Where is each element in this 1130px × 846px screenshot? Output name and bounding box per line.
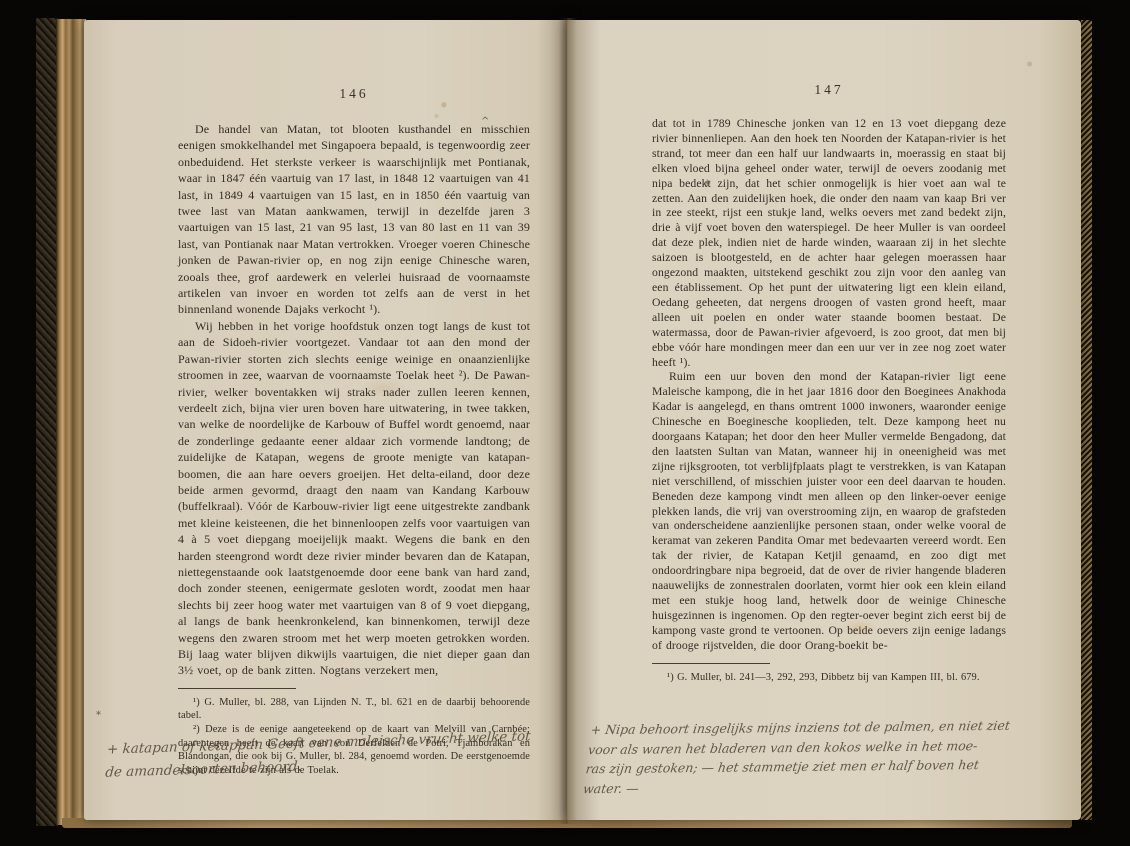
left-page-text: 146 De handel van Matan, tot blooten kus… (178, 86, 530, 777)
open-book: 146 De handel van Matan, tot blooten kus… (36, 16, 1092, 828)
footnote-rule (652, 663, 770, 664)
page-number: 147 (652, 82, 1006, 98)
page-edges-stack-left (56, 19, 86, 825)
paragraph: De handel van Matan, tot blooten kusthan… (178, 121, 530, 318)
book-cover-edge-left (36, 18, 58, 826)
handwritten-note: + Nipa behoort insgelijks mijns inziens … (582, 716, 1011, 798)
handwritten-note-line: ras zijn gestoken; — het stammetje ziet … (584, 755, 1006, 779)
handwritten-note-line: + Nipa behoort insgelijks mijns inziens … (590, 716, 1012, 740)
left-page: 146 De handel van Matan, tot blooten kus… (84, 20, 567, 820)
footnote: ¹) G. Muller, bl. 288, van Lijnden N. T.… (178, 696, 530, 723)
handwritten-note-line: voor als waren het bladeren van den koko… (587, 735, 1009, 759)
paragraph: Ruim een uur boven den mond der Katapan-… (652, 370, 1006, 653)
footnote-rule (178, 688, 296, 689)
page-number: 146 (178, 86, 530, 102)
scanned-book-photo: 146 De handel van Matan, tot blooten kus… (0, 0, 1130, 846)
handwritten-note-line: water. — (582, 774, 1004, 798)
paragraph: dat tot in 1789 Chinesche jonken van 12 … (652, 117, 1006, 370)
footnote: ¹) G. Muller, bl. 241—3, 292, 293, Dibbe… (652, 671, 1006, 685)
right-page-text: 147 dat tot in 1789 Chinesche jonken van… (652, 82, 1006, 684)
handwritten-margin-mark: * (96, 710, 101, 721)
book-cover-edge-right (1081, 20, 1092, 820)
right-page: 147 dat tot in 1789 Chinesche jonken van… (567, 20, 1081, 820)
footnote: ²) Deze is de eenige aangeteekend op de … (178, 723, 530, 777)
paragraph: Wij hebben in het vorige hoofdstuk onzen… (178, 318, 530, 679)
